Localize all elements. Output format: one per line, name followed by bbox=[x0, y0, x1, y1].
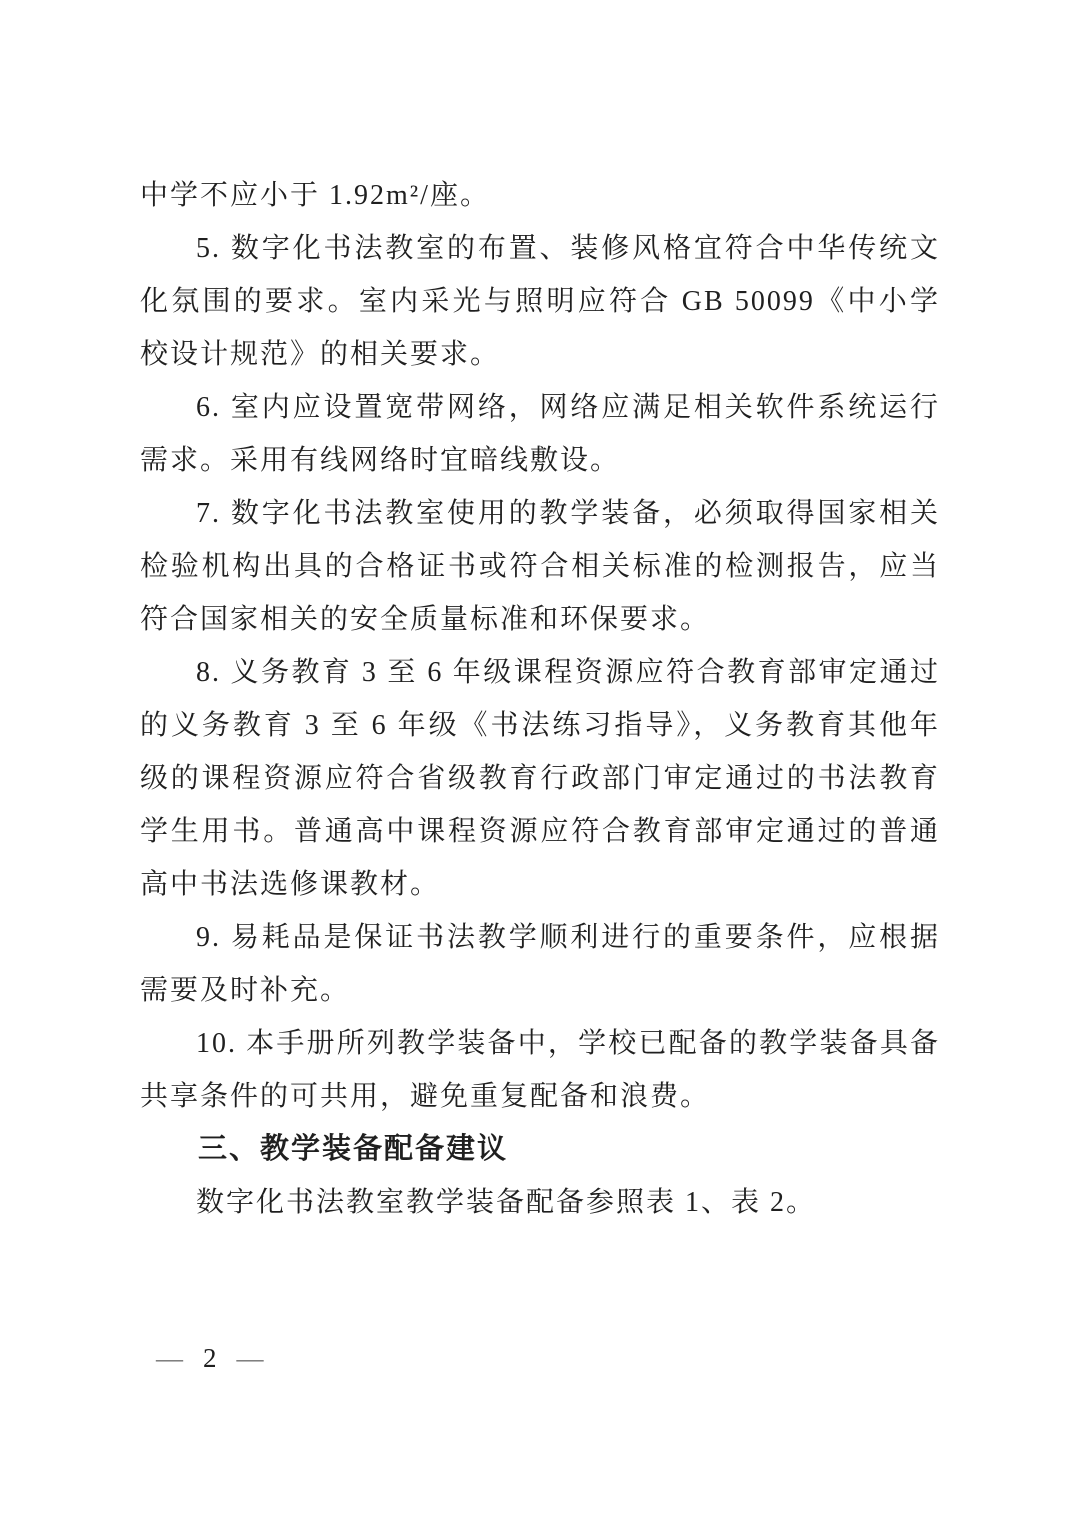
page-footer: — 2 — bbox=[156, 1340, 264, 1376]
paragraph-continued: 中学不应小于 1.92m²/座。 bbox=[140, 169, 940, 222]
footer-right-dash: — bbox=[237, 1340, 264, 1376]
paragraph-closing: 数字化书法教室教学装备配备参照表 1、表 2。 bbox=[140, 1176, 940, 1229]
paragraph-item-10: 10. 本手册所列教学装备中，学校已配备的教学装备具备共享条件的可共用，避免重复… bbox=[140, 1017, 940, 1123]
paragraph-item-5: 5. 数字化书法教室的布置、装修风格宜符合中华传统文化氛围的要求。室内采光与照明… bbox=[140, 222, 940, 381]
paragraph-item-6: 6. 室内应设置宽带网络，网络应满足相关软件系统运行需求。采用有线网络时宜暗线敷… bbox=[140, 381, 940, 487]
section-heading: 三、教学装备配备建议 bbox=[140, 1123, 940, 1176]
document-body: 中学不应小于 1.92m²/座。 5. 数字化书法教室的布置、装修风格宜符合中华… bbox=[140, 169, 940, 1229]
document-page: 中学不应小于 1.92m²/座。 5. 数字化书法教室的布置、装修风格宜符合中华… bbox=[0, 0, 1074, 1520]
page-number: 2 bbox=[199, 1340, 221, 1376]
paragraph-item-9: 9. 易耗品是保证书法教学顺利进行的重要条件，应根据需要及时补充。 bbox=[140, 911, 940, 1017]
paragraph-item-7: 7. 数字化书法教室使用的教学装备，必须取得国家相关检验机构出具的合格证书或符合… bbox=[140, 487, 940, 646]
paragraph-item-8: 8. 义务教育 3 至 6 年级课程资源应符合教育部审定通过的义务教育 3 至 … bbox=[140, 646, 940, 911]
footer-left-dash: — bbox=[156, 1340, 183, 1376]
